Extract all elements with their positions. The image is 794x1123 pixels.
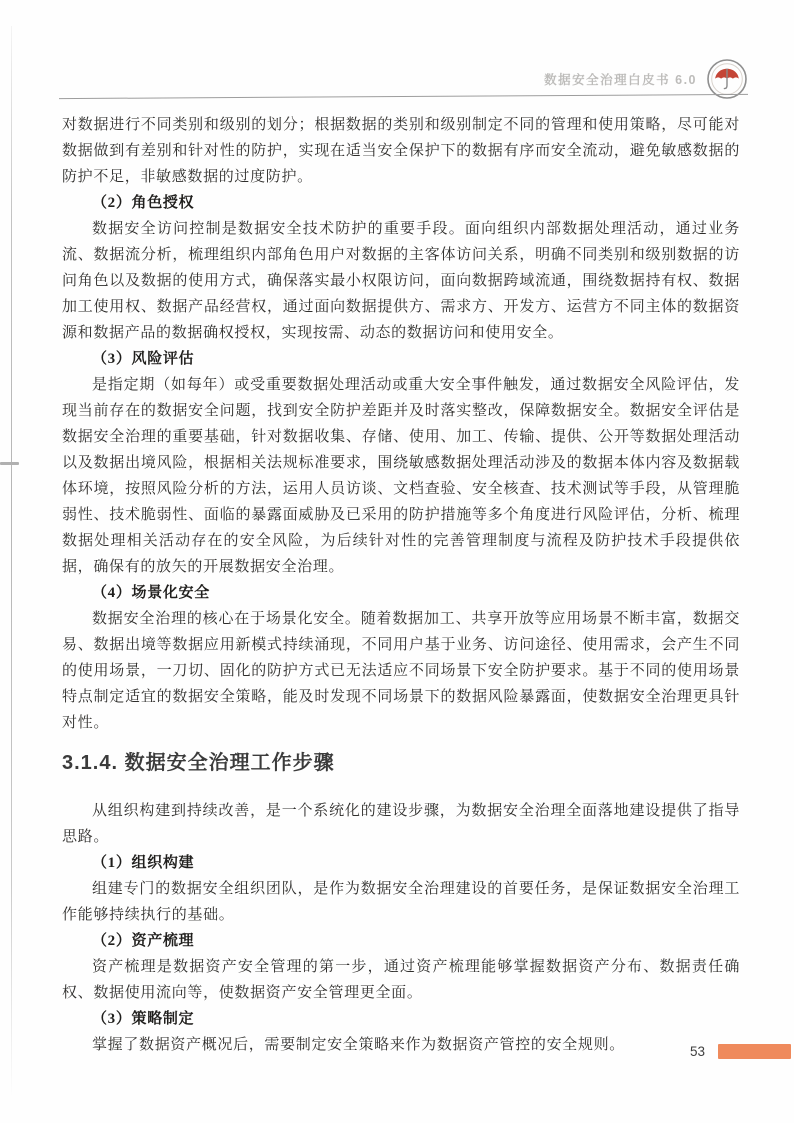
document-page: 数据安全治理白皮书 6.0 对数据进行不同类别和级别的划分；根据数据的类别和级别… — [0, 0, 794, 1123]
paragraph-step3-policy-making: 掌握了数据资产概况后，需要制定安全策略来作为数据资产管控的安全规则。 — [62, 1032, 740, 1058]
subheading-step3-policy-making: （3）策略制定 — [62, 1006, 740, 1032]
section-heading-3-1-4: 3.1.4. 数据安全治理工作步骤 — [62, 748, 740, 778]
footer-accent-bar — [718, 1044, 791, 1059]
page-body: 对数据进行不同类别和级别的划分；根据数据的类别和级别制定不同的管理和使用策略，尽… — [62, 112, 740, 1058]
paragraph-step1-organization: 组建专门的数据安全组织团队，是作为数据安全治理建设的首要任务，是保证数据安全治理… — [62, 876, 740, 928]
paragraph-classification-continuation: 对数据进行不同类别和级别的划分；根据数据的类别和级别制定不同的管理和使用策略，尽… — [62, 112, 740, 190]
paragraph-role-authorization: 数据安全访问控制是数据安全技术防护的重要手段。面向组织内部数据处理活动，通过业务… — [62, 216, 740, 346]
scan-edge-line — [11, 26, 12, 1098]
paragraph-section-intro: 从组织构建到持续改善，是一个系统化的建设步骤，为数据安全治理全面落地建设提供了指… — [62, 798, 740, 850]
subheading-step2-asset-sorting: （2）资产梳理 — [62, 928, 740, 954]
page-number: 53 — [690, 1044, 705, 1059]
subheading-risk-assessment: （3）风险评估 — [62, 346, 740, 372]
paragraph-risk-assessment: 是指定期（如每年）或受重要数据处理活动或重大安全事件触发，通过数据安全风险评估，… — [62, 372, 740, 580]
subheading-step1-organization: （1）组织构建 — [62, 850, 740, 876]
subheading-scenario-security: （4）场景化安全 — [62, 580, 740, 606]
page-footer: 53 — [690, 1044, 794, 1059]
paragraph-step2-asset-sorting: 资产梳理是数据资产安全管理的第一步，通过资产梳理能够掌握数据资产分布、数据责任确… — [62, 954, 740, 1006]
header-title: 数据安全治理白皮书 6.0 — [544, 70, 697, 88]
subheading-role-authorization: （2）角色授权 — [62, 190, 740, 216]
scan-tick-mark — [0, 462, 19, 465]
paragraph-scenario-security: 数据安全治理的核心在于场景化安全。随着数据加工、共享开放等应用场景不断丰富，数据… — [62, 606, 740, 736]
